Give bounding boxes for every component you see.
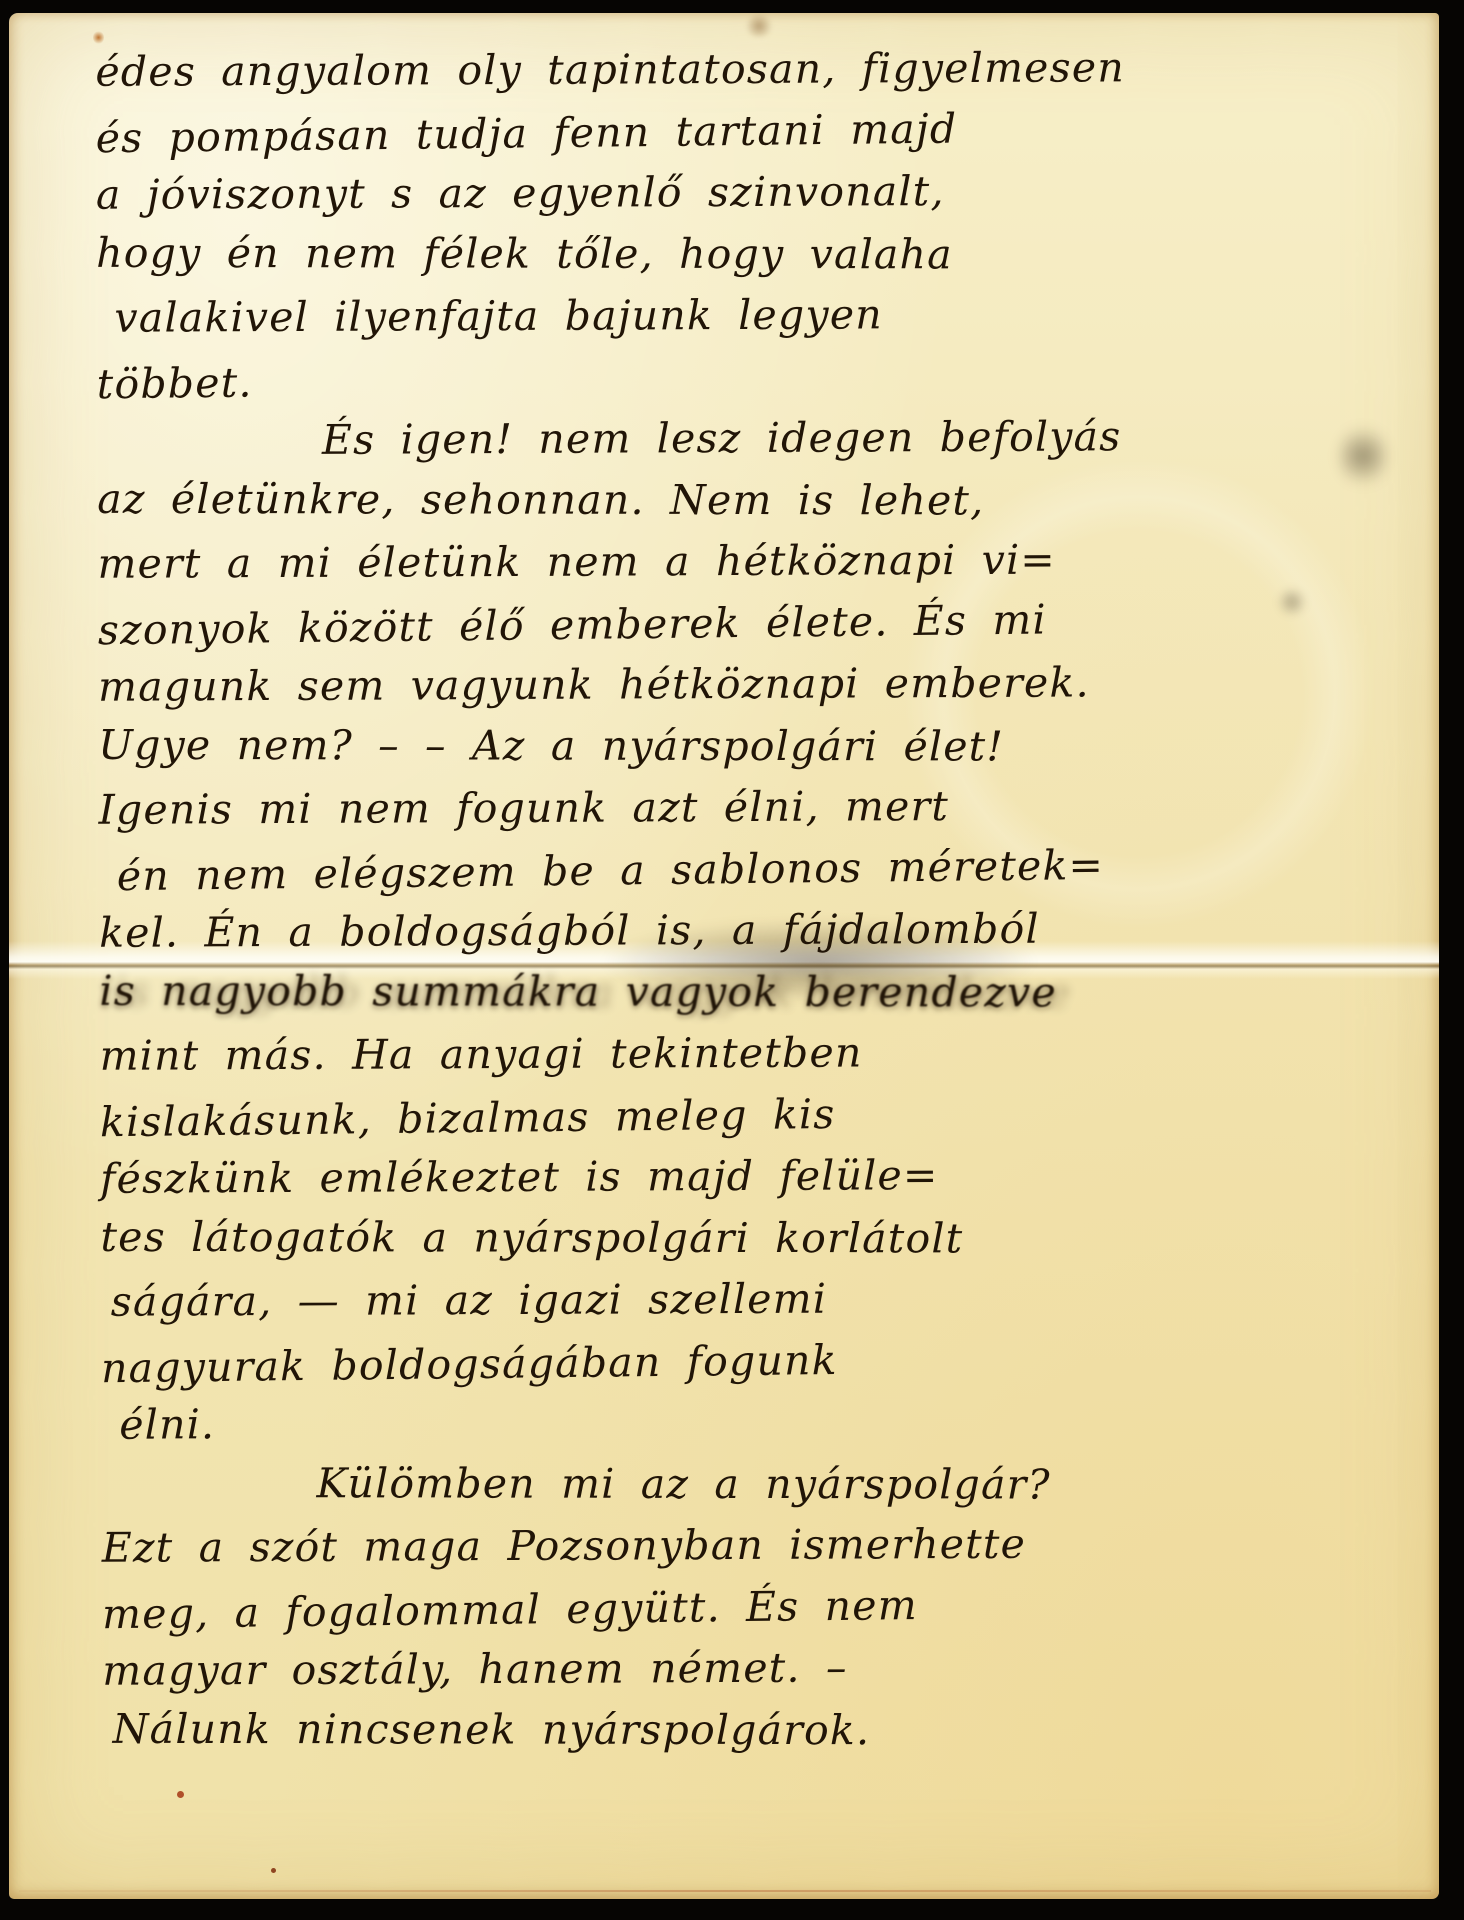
- handwriting-line: és pompásan tudja fenn tartani majd: [95, 93, 1381, 169]
- handwriting-line: meg, a fogalommal együtt. És nem: [102, 1569, 1388, 1645]
- handwriting-line: hogy én nem félek tőle, hogy valaha: [96, 222, 1381, 286]
- handwriting-line: mint más. Ha anyagi tekintetben: [100, 1020, 1385, 1087]
- handwriting-line: tes látogatók a nyárspolgári korlátolt: [100, 1206, 1385, 1270]
- paper-stain: [177, 1791, 184, 1798]
- handwriting-line: édes angyalom oly tapintatosan, figyelme…: [95, 36, 1380, 103]
- paper-stain: [271, 1868, 276, 1873]
- handwriting-line: magyar osztály, hanem német. –: [102, 1635, 1387, 1702]
- handwriting-line: én nem elégszem be a sablonos méretek=: [117, 831, 1385, 907]
- paper-stain: [744, 15, 774, 37]
- handwriting-line: a jóviszonyt s az egyenlő szinvonalt,: [96, 159, 1381, 226]
- handwriting-line: Igenis mi nem fogunk azt élni, mert: [98, 774, 1383, 841]
- handwriting-line: is nagyobb summákra vagyok berendezve: [99, 960, 1384, 1024]
- handwriting-line: magunk sem vagyunk hétköznapi emberek.: [98, 651, 1383, 718]
- handwriting-line: Nálunk nincsenek nyárspolgárok.: [113, 1698, 1388, 1762]
- handwriting-line: élni.: [119, 1389, 1386, 1456]
- handwriting-line: többet.: [96, 339, 1382, 415]
- handwriting-line: Ugye nem? – – Az a nyárspolgári élet!: [98, 714, 1383, 778]
- handwriting-line: kel. Én a boldogságból is, a fájdalomból: [99, 897, 1384, 964]
- handwriting-line: kislakásunk, bizalmas meleg kis: [100, 1077, 1386, 1153]
- text-layer: édes angyalom oly tapintatosan, figyelme…: [95, 36, 1388, 1764]
- handwriting-line: fészkünk emlékeztet is majd felüle=: [100, 1143, 1385, 1210]
- handwriting-line: az életünkre, sehonnan. Nem is lehet,: [97, 468, 1382, 532]
- handwriting-line: Ezt a szót maga Pozsonyban ismerhette: [102, 1512, 1387, 1579]
- handwriting-line: szonyok között élő emberek élete. És mi: [97, 585, 1383, 661]
- handwriting-line: nagyurak boldogságában fogunk: [101, 1323, 1387, 1399]
- letter-page: édes angyalom oly tapintatosan, figyelme…: [9, 13, 1439, 1899]
- handwriting-line: mert a mi életünk nem a hétköznapi vi=: [97, 528, 1382, 595]
- handwriting-line: Külömben mi az a nyárspolgár?: [101, 1452, 1386, 1516]
- scan-background: édes angyalom oly tapintatosan, figyelme…: [0, 0, 1464, 1920]
- handwriting-line: És igen! nem lesz idegen befolyás: [107, 405, 1382, 472]
- handwriting-line: ságára, — mi az igazi szellemi: [111, 1266, 1386, 1333]
- handwriting-line: valakivel ilyenfajta bajunk legyen: [114, 282, 1381, 349]
